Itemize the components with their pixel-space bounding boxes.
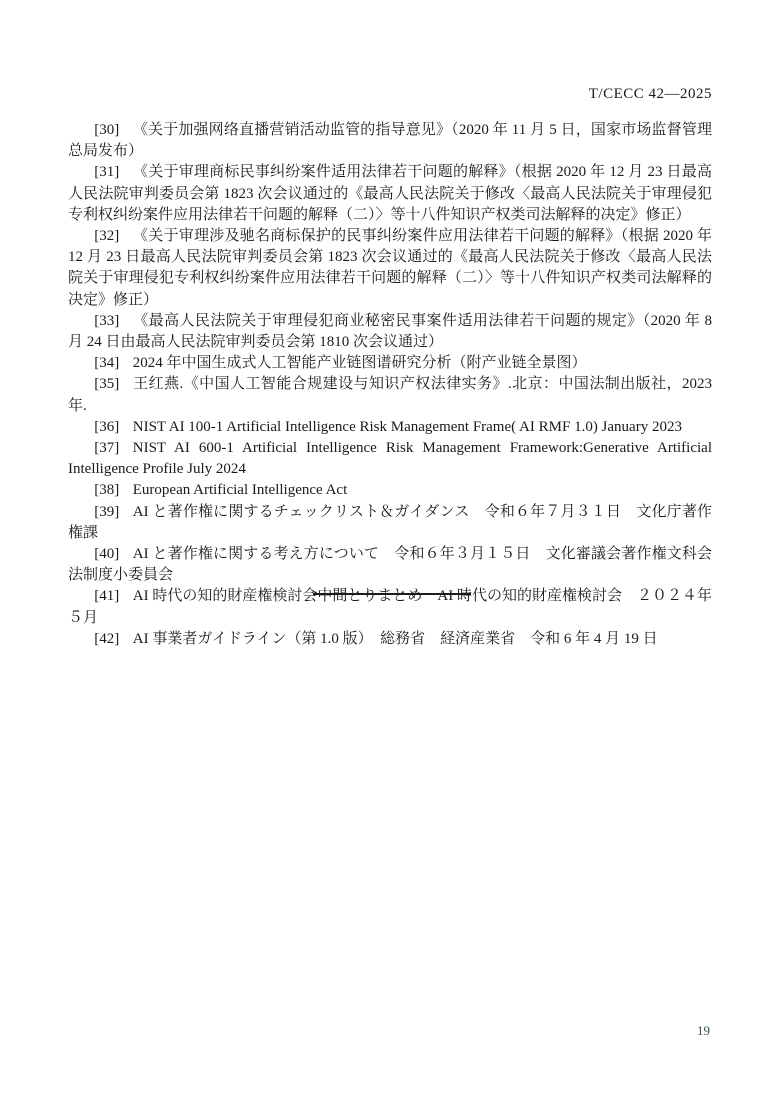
reference-text: AI と著作権に関するチェックリスト＆ガイダンス 令和６年７月３１日 文化庁著作… [68, 504, 712, 541]
reference-item: [38]European Artificial Intelligence Act [68, 480, 712, 501]
reference-number: [35] [94, 376, 133, 392]
reference-item: [42]AI 事業者ガイドライン（第 1.0 版） 総務省 経済産業省 令和 6… [68, 629, 712, 650]
reference-number: [33] [94, 313, 133, 329]
reference-text: 《关于审理商标民事纠纷案件适用法律若干问题的解释》（根据 2020 年 12 月… [68, 164, 712, 222]
reference-text: AI 事業者ガイドライン（第 1.0 版） 総務省 経済産業省 令和 6 年 4… [133, 631, 658, 647]
reference-text: 王红燕.《中国人工智能合规建设与知识产权法律实务》.北京：中国法制出版社，202… [68, 376, 712, 413]
reference-number: [39] [94, 504, 133, 520]
reference-text: 《关于审理涉及驰名商标保护的民事纠纷案件应用法律若干问题的解释》（根据 2020… [68, 228, 712, 308]
reference-text: NIST AI 100-1 Artificial Intelligence Ri… [133, 419, 682, 435]
reference-number: [42] [94, 631, 133, 647]
reference-text: 《最高人民法院关于审理侵犯商业秘密民事案件适用法律若干问题的规定》（2020 年… [68, 313, 712, 350]
reference-item: [39]AI と著作権に関するチェックリスト＆ガイダンス 令和６年７月３１日 文… [68, 502, 712, 544]
reference-text: European Artificial Intelligence Act [133, 482, 348, 498]
reference-number: [32] [94, 228, 133, 244]
reference-number: [34] [94, 355, 133, 371]
document-code: T/CECC 42—2025 [589, 86, 712, 103]
reference-item: [30]《关于加强网络直播营销活动监管的指导意见》（2020 年 11 月 5 … [68, 120, 712, 162]
reference-number: [30] [94, 122, 133, 138]
reference-item: [34]2024 年中国生成式人工智能产业链图谱研究分析（附产业链全景图） [68, 353, 712, 374]
end-of-document-divider [313, 593, 471, 595]
reference-text: 2024 年中国生成式人工智能产业链图谱研究分析（附产业链全景图） [133, 355, 587, 371]
reference-number: [36] [94, 419, 133, 435]
reference-text: NIST AI 600-1 Artificial Intelligence Ri… [68, 440, 712, 477]
reference-item: [31]《关于审理商标民事纠纷案件适用法律若干问题的解释》（根据 2020 年 … [68, 162, 712, 226]
reference-text: 《关于加强网络直播营销活动监管的指导意见》（2020 年 11 月 5 日，国家… [68, 122, 712, 159]
page-number: 19 [697, 1023, 710, 1039]
reference-number: [38] [94, 482, 133, 498]
reference-item: [35]王红燕.《中国人工智能合规建设与知识产权法律实务》.北京：中国法制出版社… [68, 374, 712, 416]
document-page: T/CECC 42—2025 [30]《关于加强网络直播营销活动监管的指导意见》… [0, 0, 784, 1110]
reference-item: [36]NIST AI 100-1 Artificial Intelligenc… [68, 417, 712, 438]
reference-item: [33]《最高人民法院关于审理侵犯商业秘密民事案件适用法律若干问题的规定》（20… [68, 311, 712, 353]
reference-number: [37] [94, 440, 133, 456]
reference-item: [32]《关于审理涉及驰名商标保护的民事纠纷案件应用法律若干问题的解释》（根据 … [68, 226, 712, 311]
reference-item: [40]AI と著作権に関する考え方について 令和６年３月１５日 文化審議会著作… [68, 544, 712, 586]
reference-text: AI と著作権に関する考え方について 令和６年３月１５日 文化審議会著作権文科会… [68, 546, 712, 583]
reference-number: [41] [94, 588, 133, 604]
reference-number: [31] [94, 164, 133, 180]
reference-list: [30]《关于加强网络直播营销活动监管的指导意见》（2020 年 11 月 5 … [68, 120, 712, 650]
reference-item: [37]NIST AI 600-1 Artificial Intelligenc… [68, 438, 712, 480]
reference-number: [40] [94, 546, 133, 562]
